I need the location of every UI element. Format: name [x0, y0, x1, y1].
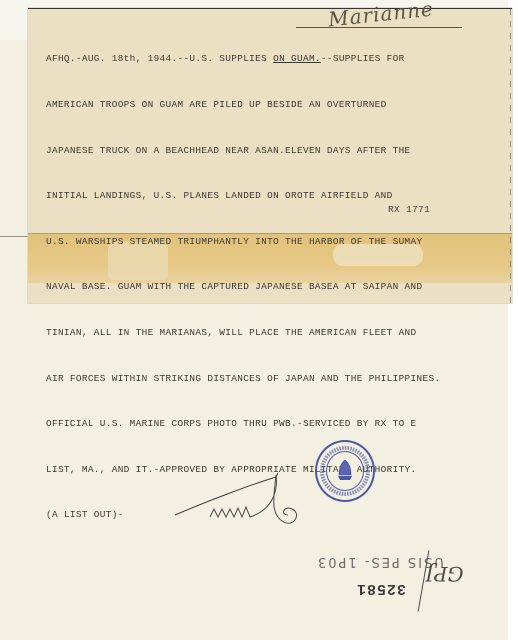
caption-line-1-lead: AFHQ.-AUG. 18th, 1944.--U.S. SUPPLIES [46, 53, 273, 64]
caption-line: NAVAL BASE. GUAM WITH THE CAPTURED JAPAN… [46, 279, 486, 294]
caption-text: AFHQ.-AUG. 18th, 1944.--U.S. SUPPLIES ON… [46, 21, 486, 538]
caption-line: OFFICIAL U.S. MARINE CORPS PHOTO THRU PW… [46, 416, 486, 431]
circular-stamp [315, 440, 375, 502]
caption-line: AIR FORCES WITHIN STRIKING DISTANCES OF … [46, 371, 486, 386]
fold-line [0, 236, 28, 237]
caption-line: JAPANESE TRUCK ON A BEACHHEAD NEAR ASAN.… [46, 143, 486, 158]
inverted-annotations: USIS PES- 1P03 32581 GPJ [256, 550, 456, 630]
reference-code: RX 1771 [388, 204, 430, 215]
signature-scribble-icon [170, 465, 310, 535]
caption-line: AMERICAN TROOPS ON GUAM ARE PILED UP BES… [46, 97, 486, 112]
caption-line: U.S. WARSHIPS STEAMED TRIUMPHANTLY INTO … [46, 234, 486, 249]
serial-number: 32581 [356, 580, 406, 597]
caption-line: INITIAL LANDINGS, U.S. PLANES LANDED ON … [46, 188, 486, 203]
handwritten-initials: GPJ [426, 562, 463, 586]
bell-shaped-emblem-icon [337, 459, 353, 481]
underlined-phrase: ON GUAM. [273, 53, 321, 64]
caption-line-1: AFHQ.-AUG. 18th, 1944.--U.S. SUPPLIES ON… [46, 51, 486, 66]
signature [170, 465, 310, 535]
caption-line: TINIAN, ALL IN THE MARIANAS, WILL PLACE … [46, 325, 486, 340]
caption-line-1-tail: --SUPPLIES FOR [321, 53, 405, 64]
